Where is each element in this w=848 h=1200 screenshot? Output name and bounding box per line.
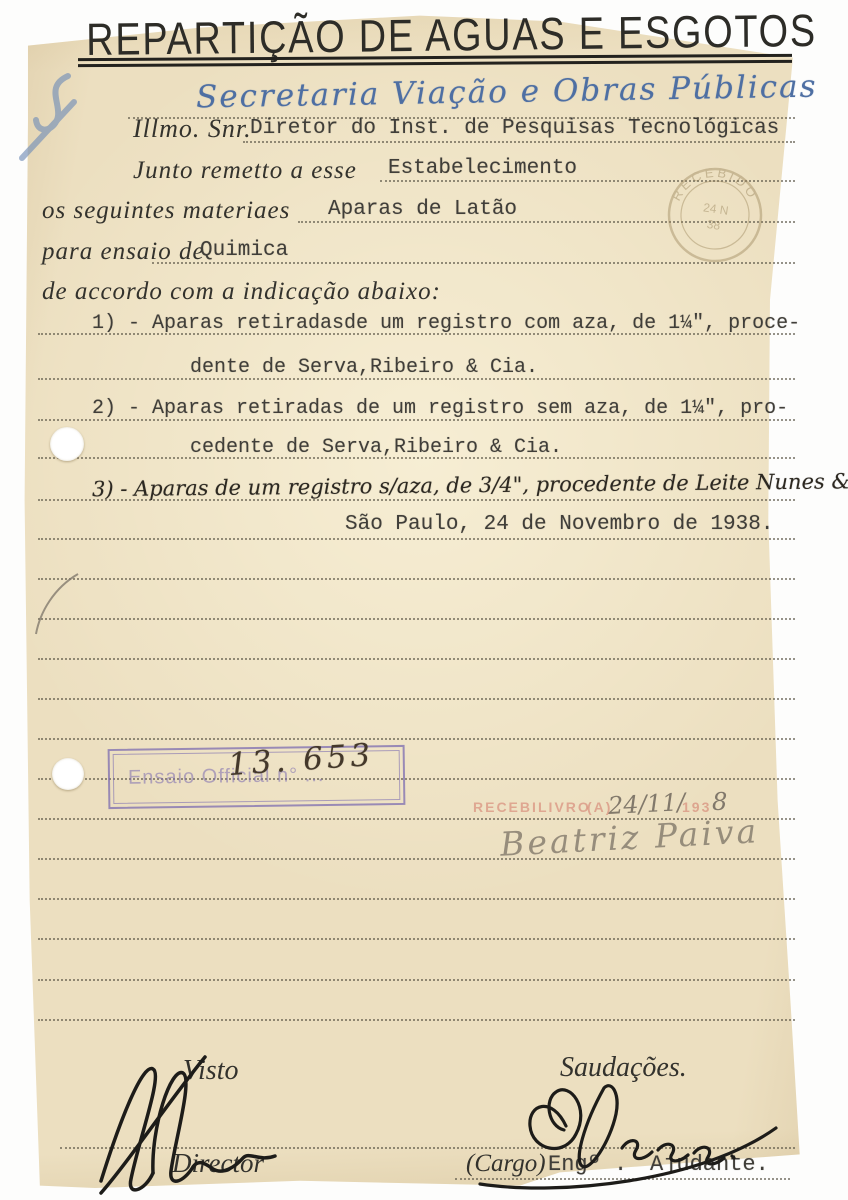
ruled-line [38,578,795,580]
remit-value: Estabelecimento [388,157,577,180]
addressee-label: Illmo. Snr. [133,114,252,144]
scanned-document: REPARTIÇÃO DE AGUAS E ESGOTOS Secretaria… [0,0,848,1200]
ruled-line [38,538,795,540]
assis-signature [470,1068,800,1198]
item-2-line-1: 2) - Aparas retiradas de um registro sem… [92,397,788,420]
dateline: São Paulo, 24 de Novembro de 1938. [345,513,773,536]
svg-text:38: 38 [706,217,721,233]
blue-crayon-mark [8,70,98,165]
materials-label: os seguintes materiaes [42,197,290,225]
ruled-line [38,618,795,620]
red-stamp-fragment: 193 [682,799,711,815]
ruled-line [38,1019,795,1021]
ruled-line [38,658,795,660]
ruled-line [38,898,795,900]
pencil-mark [30,570,90,640]
red-stamp-fragment: RECEBI [473,799,538,815]
item-1-line-1: 1) - Aparas retiradasde um registro com … [92,312,800,335]
note-label: de accordo com a indicação abaixo: [42,278,441,306]
ruled-line [38,698,795,700]
red-stamp-fragment: LIVRO [538,799,591,815]
director-signature [85,1055,305,1195]
ruled-line [243,141,795,143]
item-1-line-2: dente de Serva,Ribeiro & Cia. [190,356,538,379]
remit-label: Junto remetto a esse [133,157,357,185]
test-label: para ensaio de [42,238,205,266]
ruled-line [38,979,795,981]
hole-punch [50,427,84,461]
materials-value: Aparas de Latão [328,198,517,221]
pencil-digit: 8 [712,788,727,816]
ruled-line [38,738,795,740]
hole-punch [52,758,84,790]
test-value: Quimica [200,239,288,262]
item-2-line-2: cedente de Serva,Ribeiro & Cia. [190,436,562,459]
ruled-line [38,858,795,860]
addressee-value: Diretor do Inst. de Pesquisas Tecnológic… [250,117,779,140]
ruled-line [38,938,795,940]
received-stamp: RECEBIDO 24 N 38 [663,163,767,267]
svg-text:24 N: 24 N [702,200,729,217]
